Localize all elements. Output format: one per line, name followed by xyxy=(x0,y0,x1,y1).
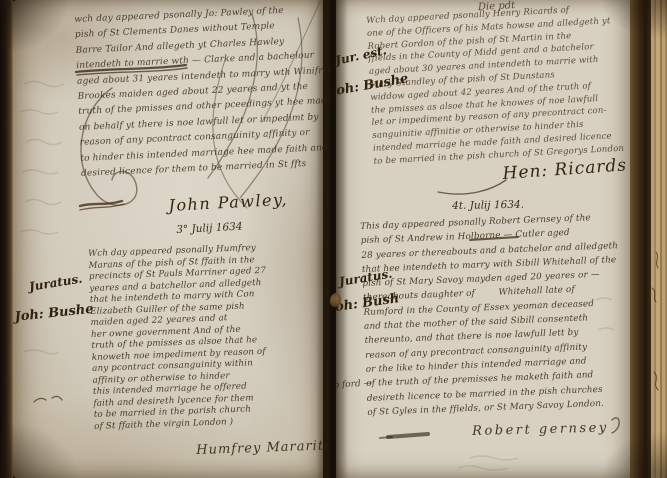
fore-edge-shadow xyxy=(630,0,651,478)
left-entry-2: Wch day appeared psonally HumfreyMarans … xyxy=(88,243,271,433)
date-heading-4-july-1634: 4t. Julij 1634. xyxy=(452,199,524,212)
manuscript-photo: wch day appeared psonally Jo: Pawley of … xyxy=(0,0,667,478)
page-edges-stack xyxy=(651,0,667,478)
left-entry-1: wch day appeared psonally Jo: Pawley of … xyxy=(74,2,339,183)
right-entry-2: This day appeared psonally Robert Gernse… xyxy=(360,210,624,420)
book-binding-edge xyxy=(0,0,13,478)
